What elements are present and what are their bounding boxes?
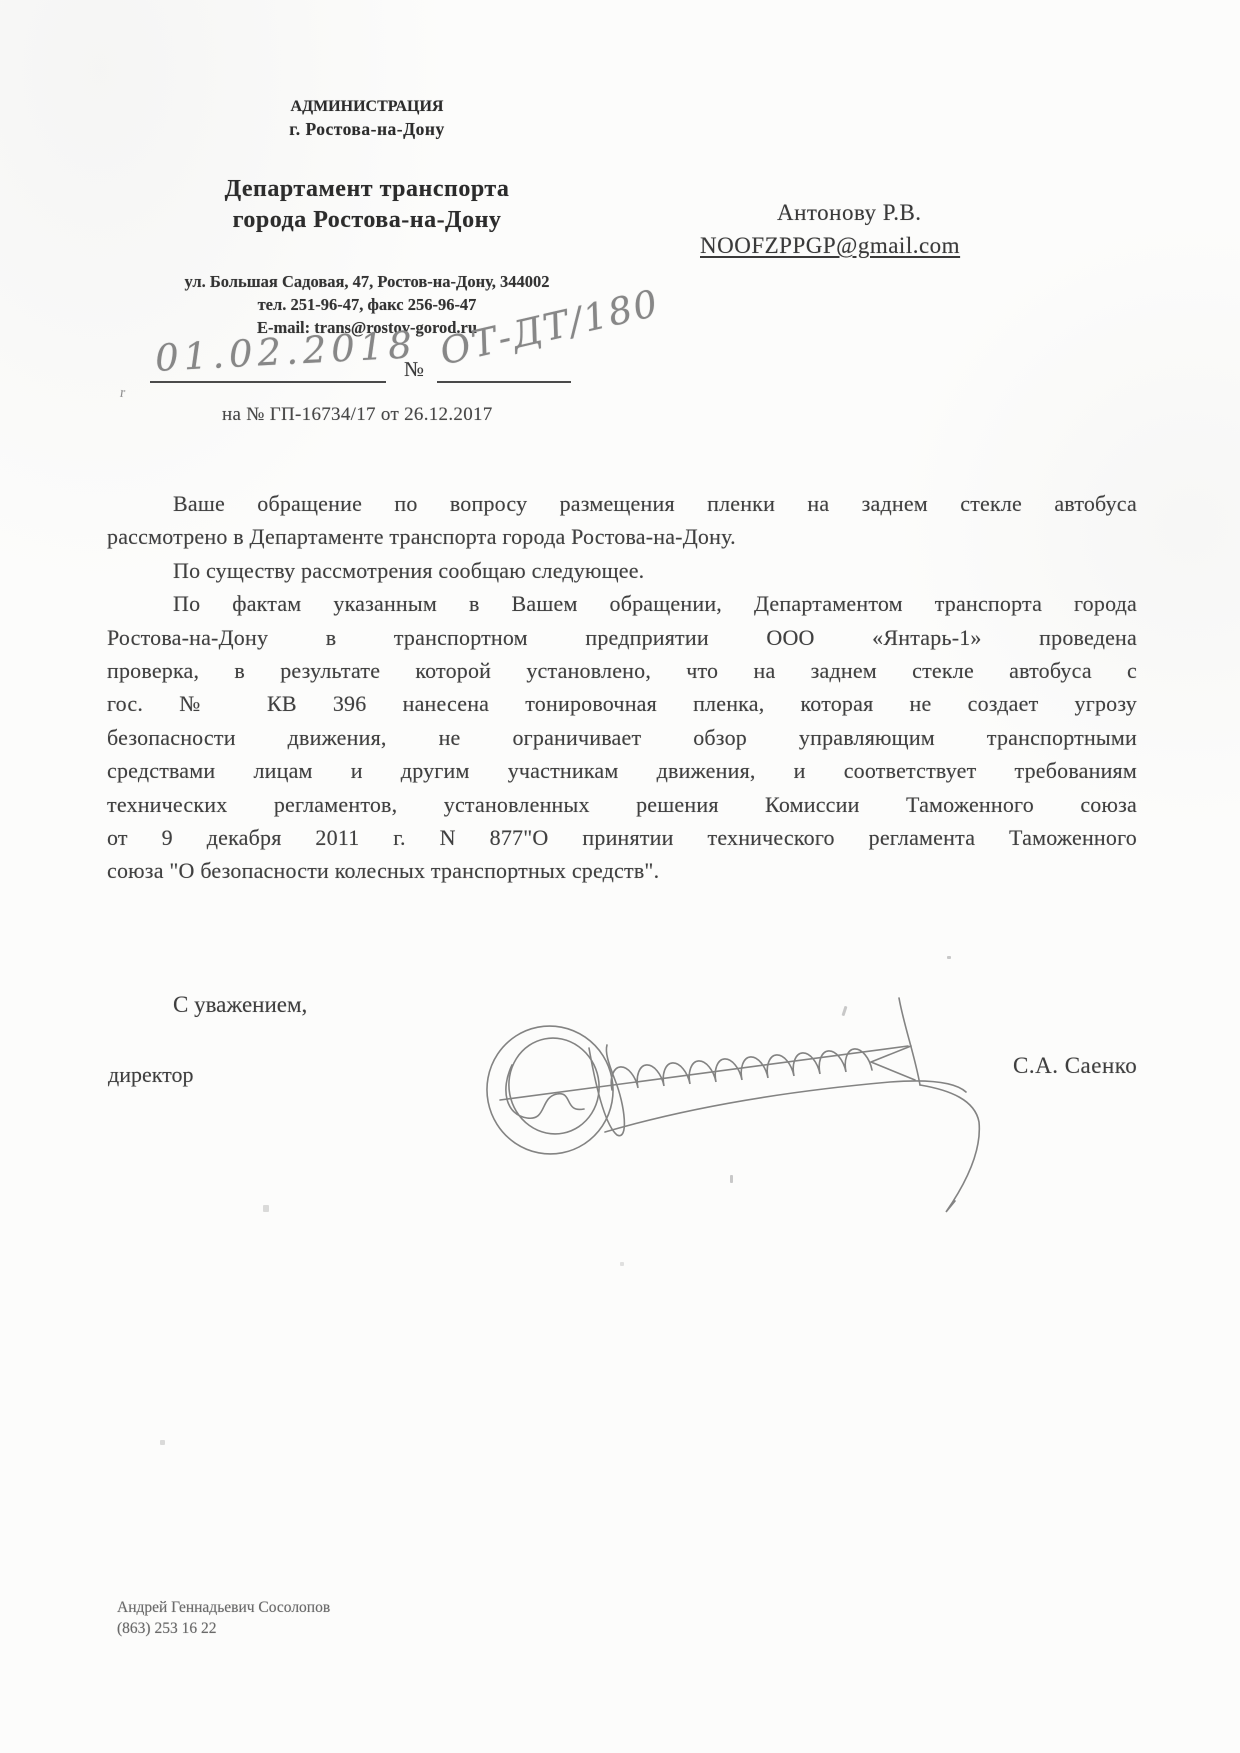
letterhead-department: Департамент транспорта города Ростова-на… — [167, 174, 567, 236]
scan-speck — [160, 1440, 165, 1445]
department-line2: города Ростова-на-Дону — [167, 205, 567, 236]
body-line: По существу рассмотрения сообщаю следующ… — [107, 554, 1137, 587]
body-line: средствами лицам и другим участникам дви… — [107, 754, 1137, 787]
body-line: Ростова-на-Дону в транспортном предприят… — [107, 621, 1137, 654]
number-rule-line — [437, 381, 571, 383]
body-line: рассмотрено в Департаменте транспорта го… — [107, 520, 1137, 553]
scan-speck — [263, 1205, 269, 1212]
scanned-letter-page: АДМИНИСТРАЦИЯ г. Ростова-на-Дону Департа… — [0, 0, 1240, 1753]
signer-title: директор — [108, 1062, 193, 1088]
number-sign: № — [404, 357, 424, 382]
body-line: По фактам указанным в Вашем обращении, Д… — [107, 587, 1137, 620]
department-line1: Департамент транспорта — [167, 174, 567, 205]
scan-speck — [730, 1175, 733, 1183]
pencil-mark: r — [119, 385, 126, 403]
scan-speck — [620, 1262, 624, 1266]
in-reply-to-line: на № ГП-16734/17 от 26.12.2017 — [222, 404, 493, 426]
body-line: союза "О безопасности колесных транспорт… — [107, 854, 1137, 887]
addressee-name: Антонову Р.В. — [777, 200, 922, 226]
letter-body: Ваше обращение по вопросу размещения пле… — [107, 487, 1137, 888]
org-name: АДМИНИСТРАЦИЯ — [167, 98, 567, 116]
letterhead-org: АДМИНИСТРАЦИЯ г. Ростова-на-Дону — [167, 98, 567, 140]
body-line: гос. № КВ 396 нанесена тонировочная плен… — [107, 687, 1137, 720]
executor-phone: (863) 253 16 22 — [117, 1618, 330, 1639]
footer-contact: Андрей Геннадьевич Сосолопов (863) 253 1… — [117, 1597, 330, 1639]
closing-salutation: С уважением, — [173, 992, 307, 1018]
letterhead-address: ул. Большая Садовая, 47, Ростов-на-Дону,… — [117, 270, 617, 293]
body-line: Ваше обращение по вопросу размещения пле… — [107, 487, 1137, 520]
addressee-email: NOOFZPPGP@gmail.com — [700, 233, 960, 259]
org-city: г. Ростова-на-Дону — [167, 119, 567, 140]
date-rule-line — [150, 381, 386, 383]
body-line: проверка, в результате которой установле… — [107, 654, 1137, 687]
scan-speck — [947, 956, 951, 959]
executor-name: Андрей Геннадьевич Сосолопов — [117, 1597, 330, 1618]
body-line: безопасности движения, не ограничивает о… — [107, 721, 1137, 754]
body-line: технических регламентов, установленных р… — [107, 788, 1137, 821]
scan-speck — [842, 1006, 848, 1016]
body-line: от 9 декабря 2011 г. N 877"О принятии те… — [107, 821, 1137, 854]
signer-name: С.А. Саенко — [1013, 1053, 1137, 1079]
